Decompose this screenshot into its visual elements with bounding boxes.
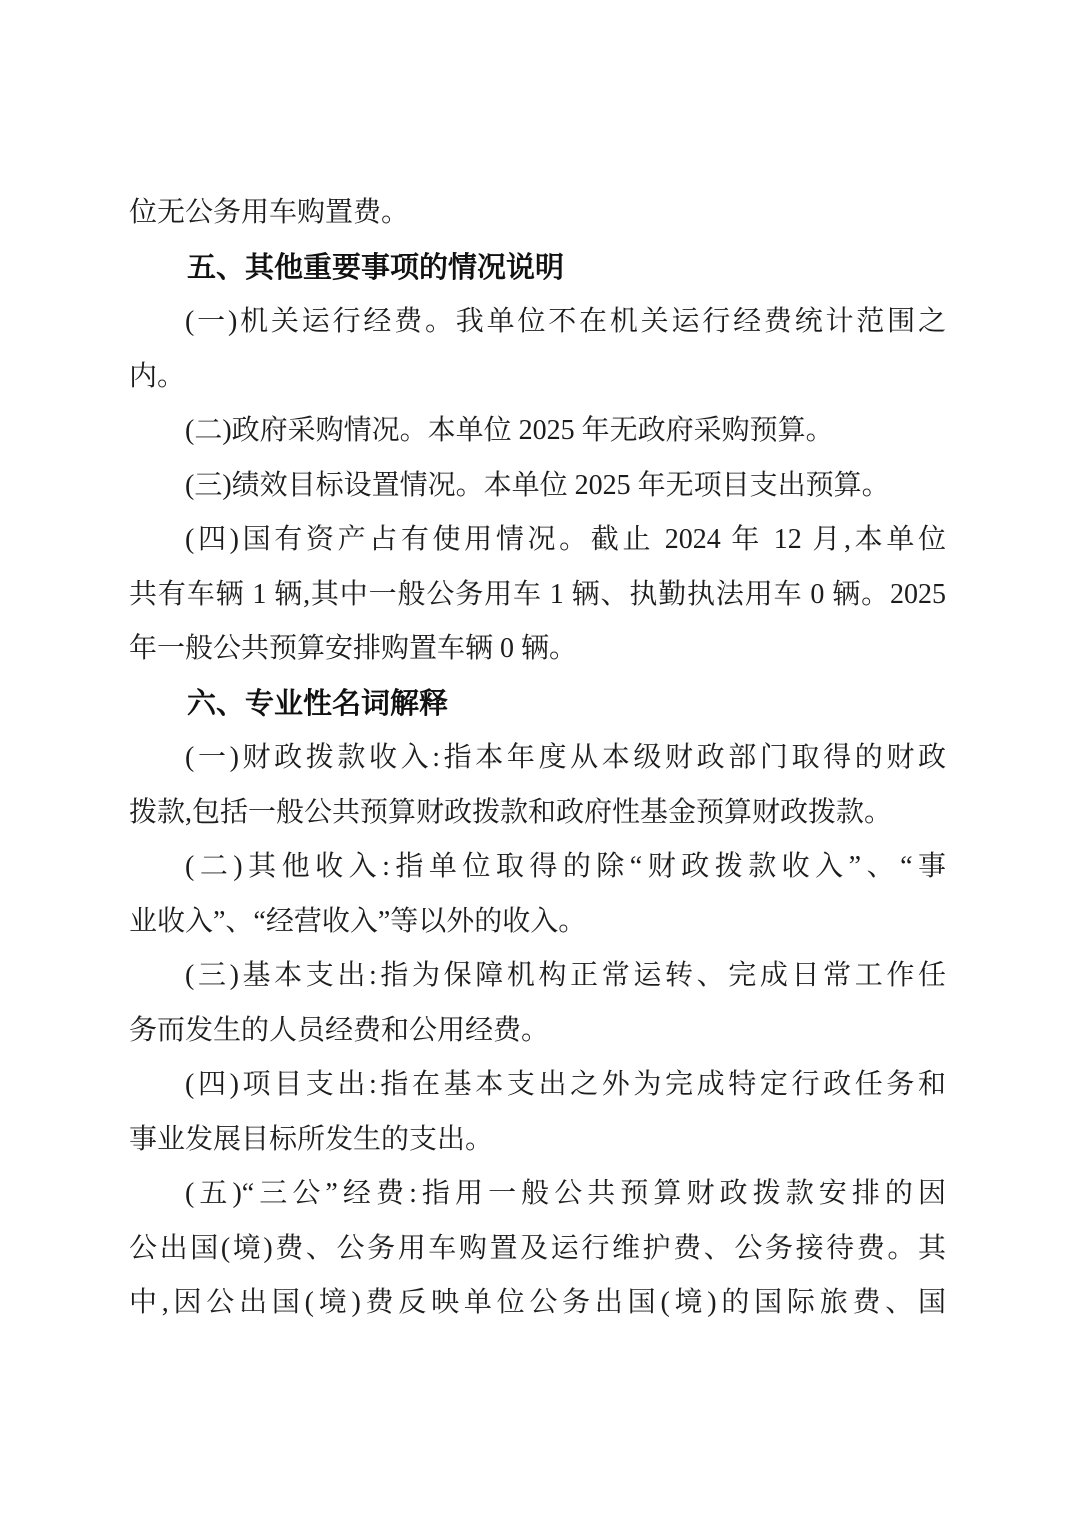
document-line: 拨款,包括一般公共预算财政拨款和政府性基金预算财政拨款。 <box>129 786 946 841</box>
document-line: 位无公务用车购置费。 <box>129 186 946 241</box>
document-line: 年一般公共预算安排购置车辆 0 辆。 <box>129 622 946 677</box>
document-line: 共有车辆 1 辆,其中一般公务用车 1 辆、执勤执法用车 0 辆。2025 <box>129 568 946 623</box>
document-line: 公出国(境)费、公务用车购置及运行维护费、公务接待费。其 <box>129 1222 946 1277</box>
document-line: (二)其他收入:指单位取得的除“财政拨款收入”、“事 <box>129 840 946 895</box>
document-line: 中,因公出国(境)费反映单位公务出国(境)的国际旅费、国 <box>129 1276 946 1331</box>
document-line: 业收入”、“经营收入”等以外的收入。 <box>129 895 946 950</box>
document-line: (一)财政拨款收入:指本年度从本级财政部门取得的财政 <box>129 731 946 786</box>
document-line: 事业发展目标所发生的支出。 <box>129 1113 946 1168</box>
document-line: 务而发生的人员经费和公用经费。 <box>129 1004 946 1059</box>
document-body: 位无公务用车购置费。五、其他重要事项的情况说明(一)机关运行经费。我单位不在机关… <box>129 186 946 1331</box>
document-line: (四)项目支出:指在基本支出之外为完成特定行政任务和 <box>129 1058 946 1113</box>
document-line: (一)机关运行经费。我单位不在机关运行经费统计范围之 <box>129 295 946 350</box>
document-page: 位无公务用车购置费。五、其他重要事项的情况说明(一)机关运行经费。我单位不在机关… <box>0 0 1074 1520</box>
document-line: 内。 <box>129 350 946 405</box>
document-line: (四)国有资产占有使用情况。截止 2024 年 12 月,本单位 <box>129 513 946 568</box>
document-line: (三)基本支出:指为保障机构正常运转、完成日常工作任 <box>129 949 946 1004</box>
section-heading: 六、专业性名词解释 <box>129 677 946 732</box>
document-line: (五)“三公”经费:指用一般公共预算财政拨款安排的因 <box>129 1167 946 1222</box>
document-line: (二)政府采购情况。本单位 2025 年无政府采购预算。 <box>129 404 946 459</box>
section-heading: 五、其他重要事项的情况说明 <box>129 241 946 296</box>
document-line: (三)绩效目标设置情况。本单位 2025 年无项目支出预算。 <box>129 459 946 514</box>
